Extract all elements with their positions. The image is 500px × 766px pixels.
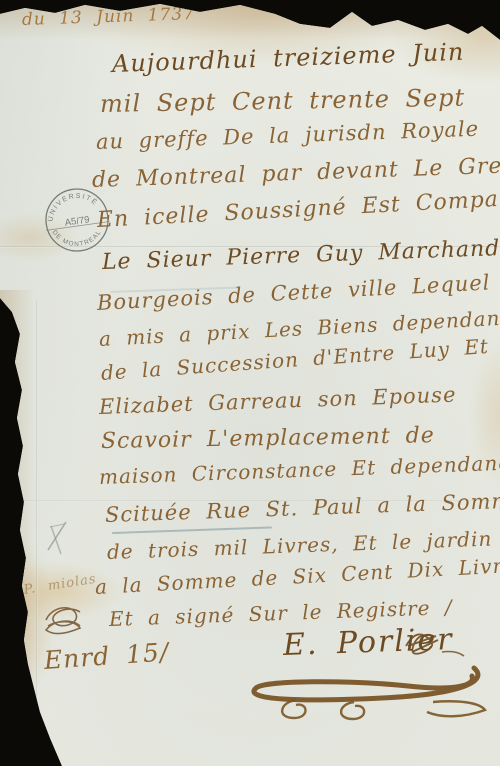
manuscript-line: Bourgeois de Cette ville Lequel — [96, 272, 491, 314]
marginal-note: P. miolas — [23, 573, 97, 597]
manuscript-line: Le Sieur Pierre Guy Marchand — [102, 238, 500, 274]
manuscript-line: de Montreal par devant Le Greffier — [92, 154, 500, 192]
manuscript-line: au greffe De la jurisdn Royale — [96, 119, 480, 153]
manuscript-line: Scituée Rue St. Paul a la Somme — [105, 490, 500, 526]
manuscript-line: En icelle Soussigné Est Comparu — [96, 188, 500, 232]
manuscript-line: Aujourdhui treizieme Juin — [112, 40, 465, 76]
manuscript-line: Scavoir L'emplacement de — [101, 425, 435, 453]
scanned-document: du 13 Juin 1737 UNIVERSITÉ DE MONTREAL A… — [0, 0, 500, 766]
paper-sheet: du 13 Juin 1737 UNIVERSITÉ DE MONTREAL A… — [0, 0, 500, 766]
fold-crease — [36, 300, 38, 766]
stamp-center-text: A5/79 — [64, 214, 90, 228]
manuscript-line: Elizabet Garreau son Epouse — [99, 385, 457, 418]
registration-note: Enrd 15/ — [43, 639, 170, 673]
torn-edge-stain-left — [0, 290, 34, 766]
manuscript-line: maison Circonstance Et dependance — [99, 452, 500, 487]
signature-flourish — [222, 658, 488, 724]
pencil-x-mark — [42, 514, 72, 556]
manuscript-line: mil Sept Cent trente Sept — [100, 86, 466, 116]
marginal-paraph-scribble — [38, 596, 90, 638]
pencil-underline — [112, 526, 272, 534]
